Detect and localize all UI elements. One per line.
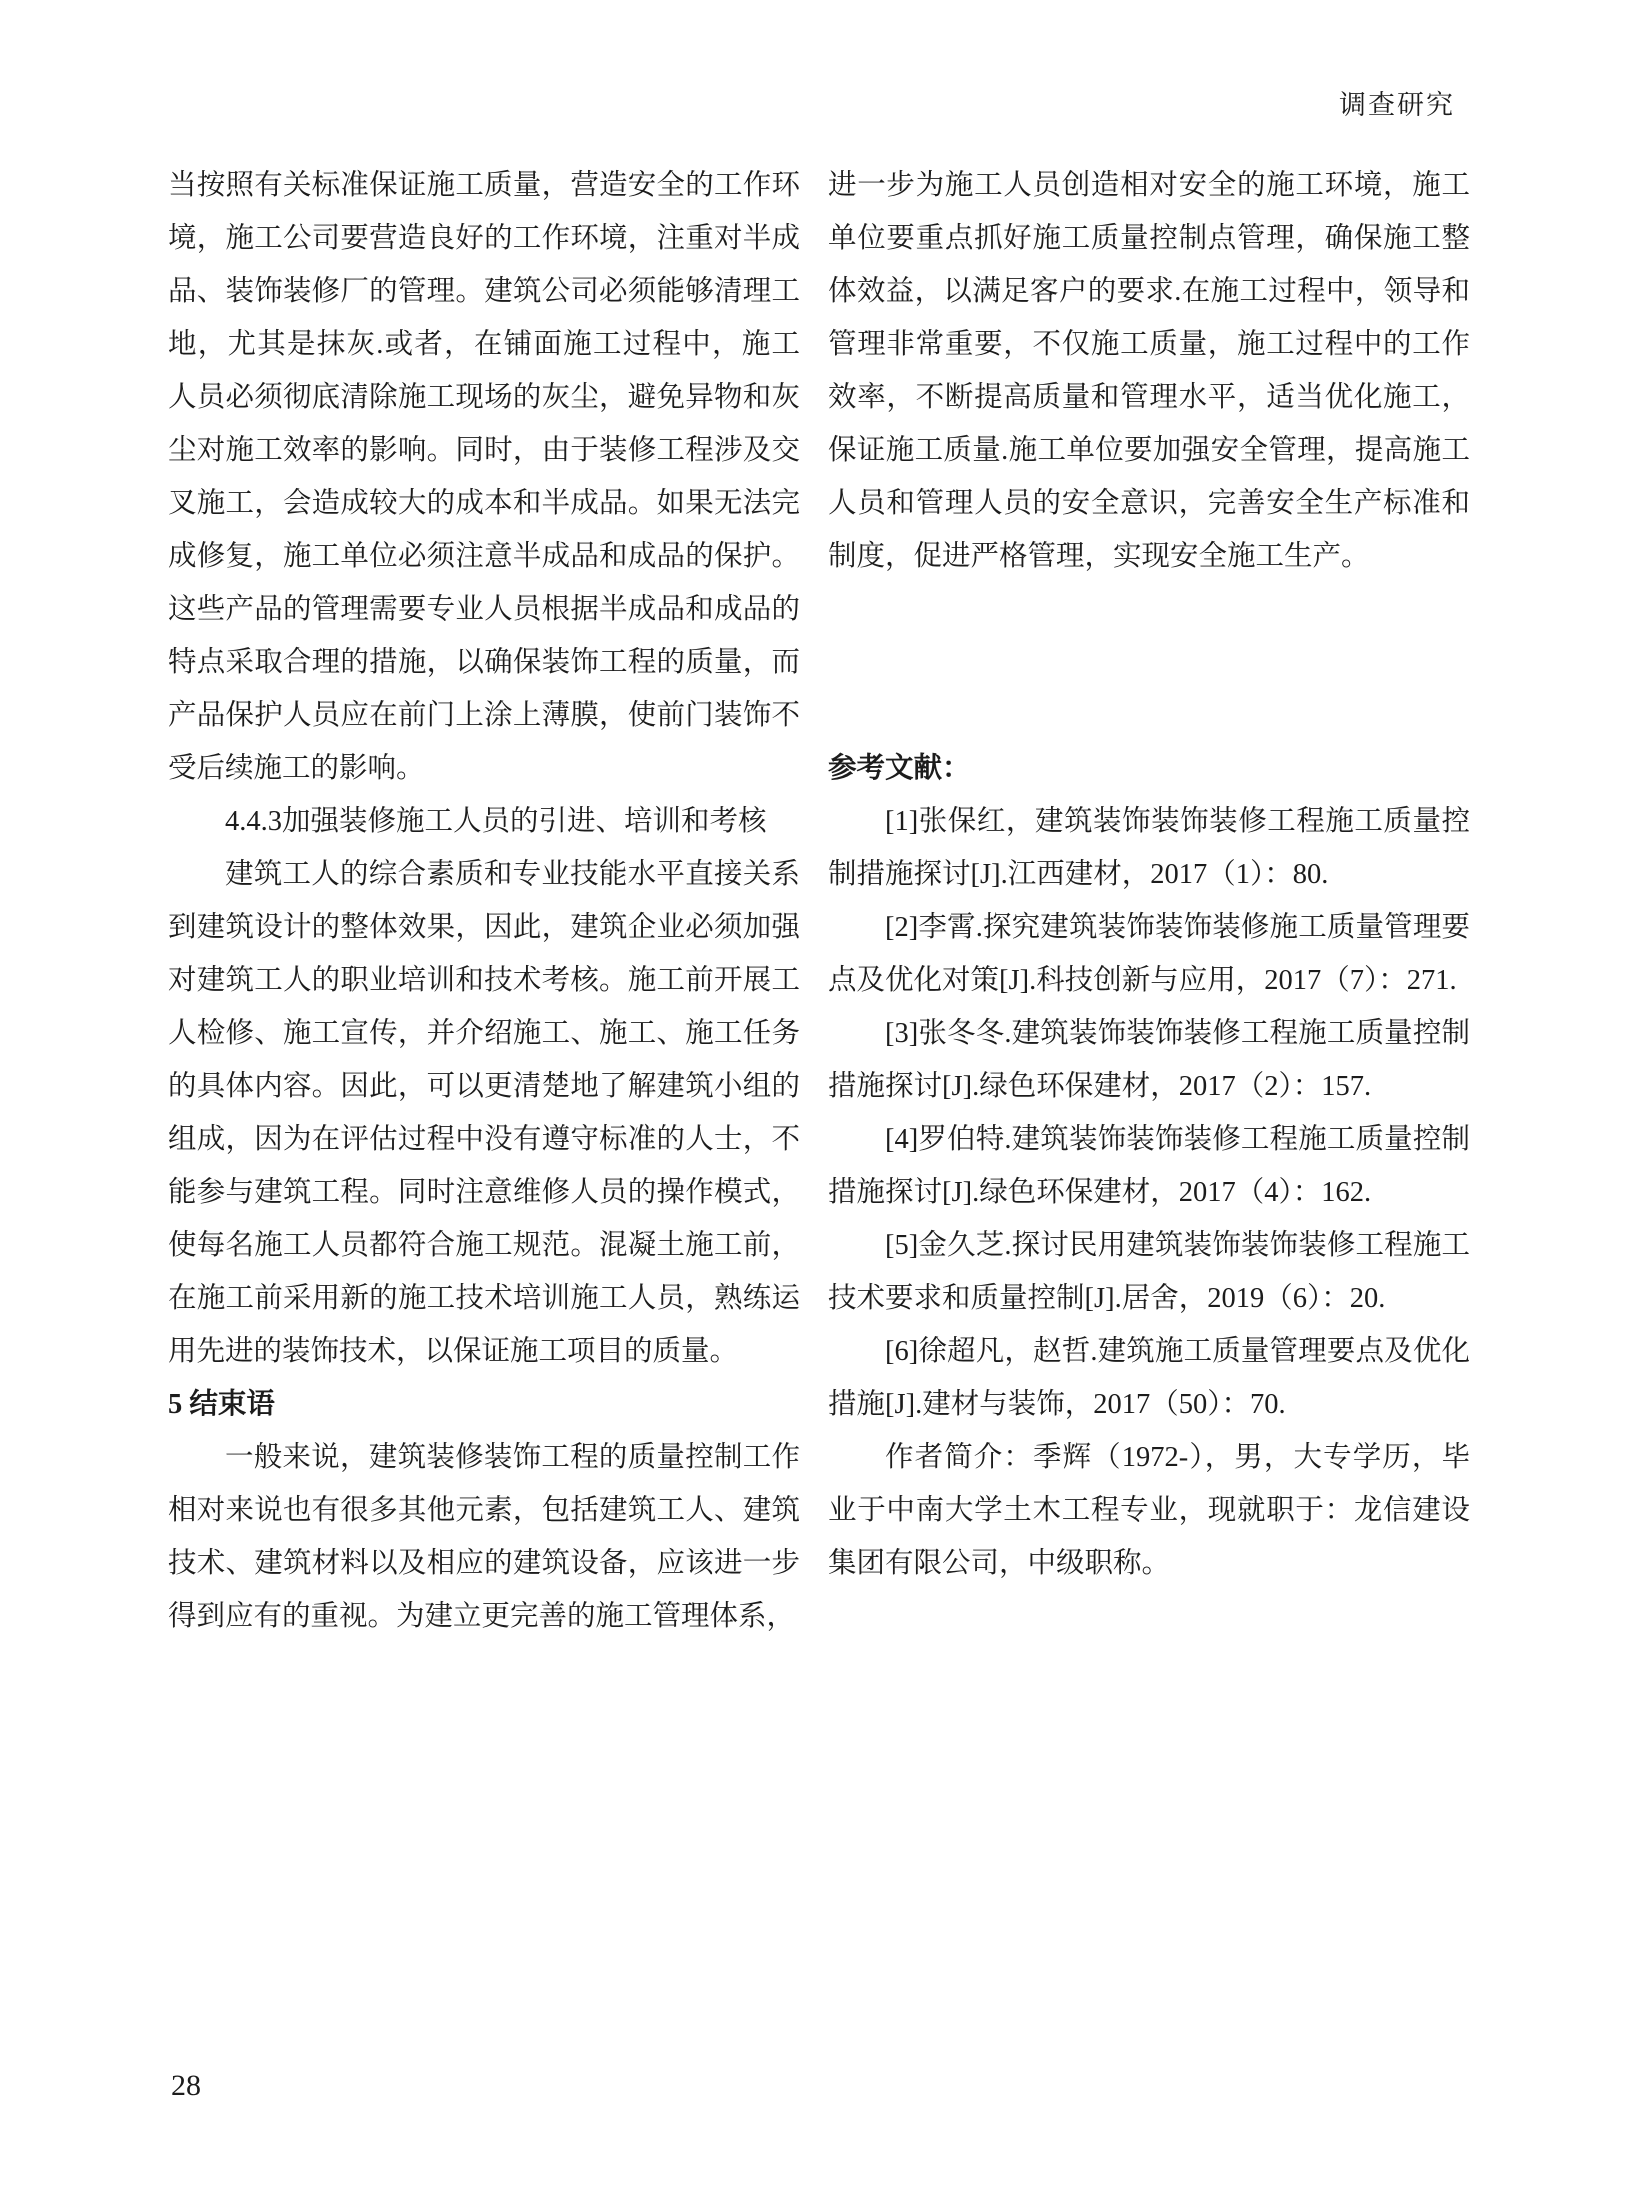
subsection-heading-4-4-3: 4.4.3加强装修施工人员的引进、培训和考核 [168, 795, 800, 848]
paragraph-safety-continuation: 进一步为施工人员创造相对安全的施工环境，施工单位要重点抓好施工质量控制点管理，确… [828, 159, 1470, 583]
reference-item-1: [1]张保红，建筑装饰装饰装修工程施工质量控制措施探讨[J].江西建材，2017… [828, 795, 1470, 901]
left-column: 当按照有关标准保证施工质量，营造安全的工作环境，施工公司要营造良好的工作环境，注… [168, 159, 800, 1643]
references-heading: 参考文献： [828, 742, 1470, 795]
reference-item-4: [4]罗伯特.建筑装饰装饰装修工程施工质量控制措施探讨[J].绿色环保建材，20… [828, 1113, 1470, 1219]
section-heading-conclusion: 5 结束语 [168, 1378, 800, 1431]
page-number: 28 [171, 2068, 201, 2104]
reference-item-2: [2]李霄.探究建筑装饰装饰装修施工质量管理要点及优化对策[J].科技创新与应用… [828, 901, 1470, 1007]
paragraph-conclusion: 一般来说，建筑装修装饰工程的质量控制工作相对来说也有很多其他元素，包括建筑工人、… [168, 1431, 800, 1643]
paragraph-worker-training: 建筑工人的综合素质和专业技能水平直接关系到建筑设计的整体效果，因此，建筑企业必须… [168, 848, 800, 1378]
paragraph-quality-continuation: 当按照有关标准保证施工质量，营造安全的工作环境，施工公司要营造良好的工作环境，注… [168, 159, 800, 795]
page-content: 当按照有关标准保证施工质量，营造安全的工作环境，施工公司要营造良好的工作环境，注… [168, 159, 1470, 1643]
reference-item-5: [5]金久芝.探讨民用建筑装饰装饰装修工程施工技术要求和质量控制[J].居舍，2… [828, 1219, 1470, 1325]
journal-page: 调查研究 当按照有关标准保证施工质量，营造安全的工作环境，施工公司要营造良好的工… [0, 0, 1632, 2199]
reference-item-3: [3]张冬冬.建筑装饰装饰装修工程施工质量控制措施探讨[J].绿色环保建材，20… [828, 1007, 1470, 1113]
reference-item-6: [6]徐超凡，赵哲.建筑施工质量管理要点及优化措施[J].建材与装饰，2017（… [828, 1325, 1470, 1431]
author-bio: 作者简介：季辉（1972-），男，大专学历，毕业于中南大学土木工程专业，现就职于… [828, 1431, 1470, 1590]
right-column: 进一步为施工人员创造相对安全的施工环境，施工单位要重点抓好施工质量控制点管理，确… [828, 159, 1470, 1643]
page-header-label: 调查研究 [1339, 88, 1455, 122]
